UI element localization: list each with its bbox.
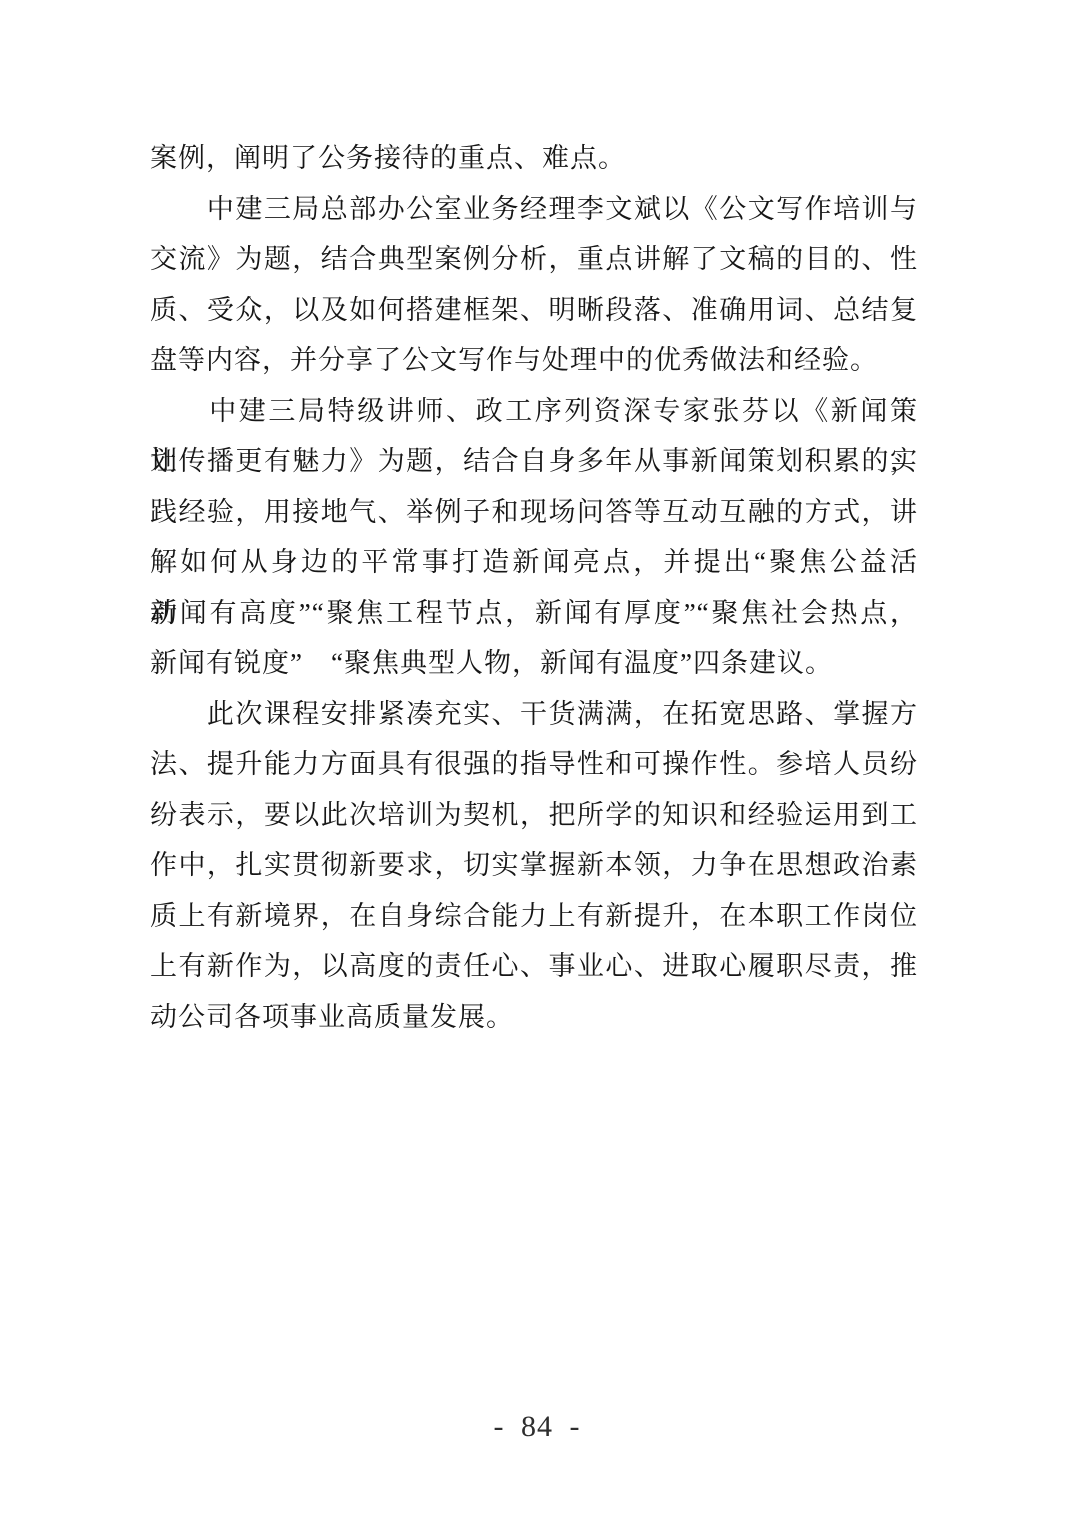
text-line: 纷表示，要以此次培训为契机，把所学的知识和经验运用到工 xyxy=(150,790,918,841)
text-line: 新闻有高度”“聚焦工程节点，新闻有厚度”“聚焦社会热点， xyxy=(150,588,918,639)
text-line: 案例，阐明了公务接待的重点、难点。 xyxy=(150,133,918,184)
text-line: 作中，扎实贯彻新要求，切实掌握新本领，力争在思想政治素 xyxy=(150,840,918,891)
page-footer: - 84 - xyxy=(0,1410,1074,1444)
text-line: 中建三局总部办公室业务经理李文斌以《公文写作培训与 xyxy=(150,184,918,235)
text-line: 践经验，用接地气、举例子和现场问答等互动互融的方式，讲 xyxy=(150,487,918,538)
page-number: - 84 - xyxy=(494,1410,581,1443)
text-line: 上有新作为，以高度的责任心、事业心、进取心履职尽责，推 xyxy=(150,941,918,992)
text-line: 动公司各项事业高质量发展。 xyxy=(150,992,918,1043)
text-line: 质上有新境界，在自身综合能力上有新提升，在本职工作岗位 xyxy=(150,891,918,942)
body-text: 案例，阐明了公务接待的重点、难点。 中建三局总部办公室业务经理李文斌以《公文写作… xyxy=(150,133,918,1042)
text-line: 新闻有锐度” “聚焦典型人物，新闻有温度”四条建议。 xyxy=(150,638,918,689)
text-line: 中建三局特级讲师、政工序列资深专家张芬以《新闻策划， xyxy=(150,386,918,437)
text-line: 质、受众，以及如何搭建框架、明晰段落、准确用词、总结复 xyxy=(150,285,918,336)
text-line: 盘等内容，并分享了公文写作与处理中的优秀做法和经验。 xyxy=(150,335,918,386)
text-line: 法、提升能力方面具有很强的指导性和可操作性。参培人员纷 xyxy=(150,739,918,790)
text-line: 解如何从身边的平常事打造新闻亮点，并提出“聚焦公益活动， xyxy=(150,537,918,588)
text-line: 让传播更有魅力》为题，结合自身多年从事新闻策划积累的实 xyxy=(150,436,918,487)
text-line: 交流》为题，结合典型案例分析，重点讲解了文稿的目的、性 xyxy=(150,234,918,285)
text-line: 此次课程安排紧凑充实、干货满满，在拓宽思路、掌握方 xyxy=(150,689,918,740)
document-page: 案例，阐明了公务接待的重点、难点。 中建三局总部办公室业务经理李文斌以《公文写作… xyxy=(0,0,1074,1520)
